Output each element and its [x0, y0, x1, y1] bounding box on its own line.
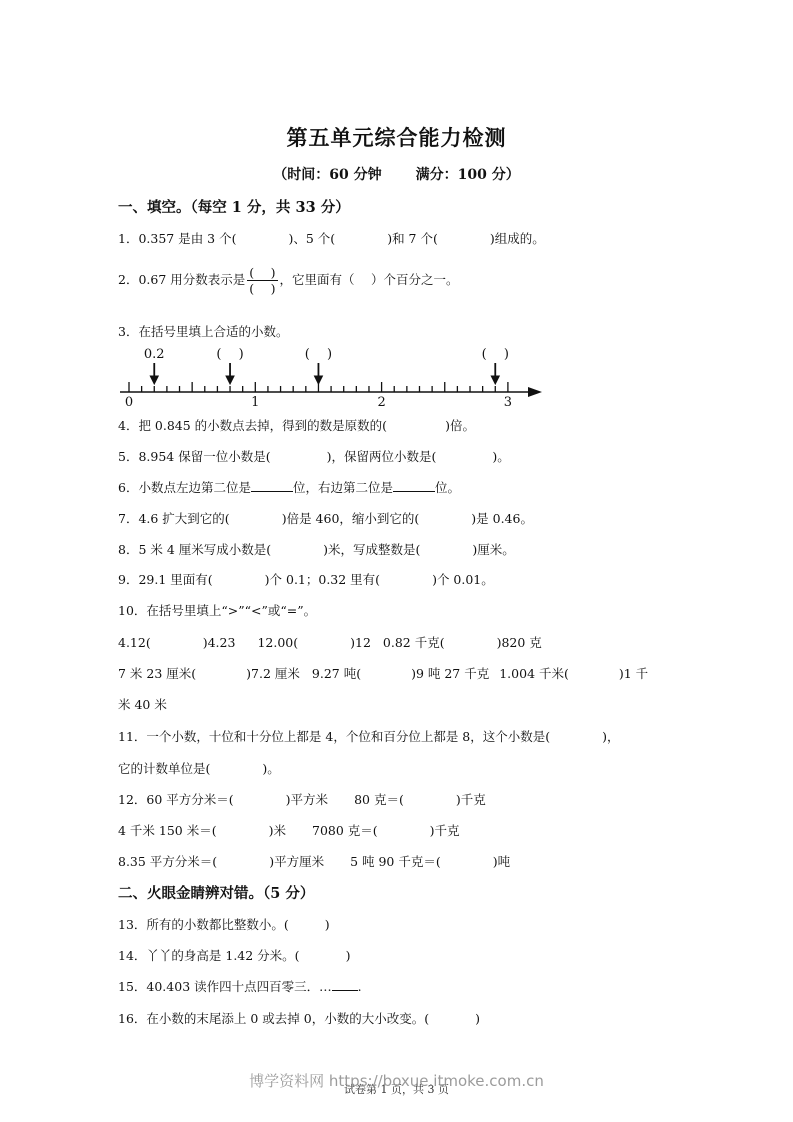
axis-arrow-icon — [528, 387, 542, 397]
question-9: 9．29.1 里面有()个 0.1；0.32 里有()个 0.01。 — [118, 570, 494, 588]
question-12-row-2: 4 千米 150 米＝()米7080 克＝()千克 — [118, 821, 460, 839]
question-12-row-1: 12．60 平方分米＝()平方米80 克＝()千克 — [118, 790, 486, 808]
time-limit: （时间：60 分钟 — [273, 167, 381, 183]
down-arrow-icon — [150, 363, 158, 384]
question-2: 2．0.67 用分数表示是( )( )，它里面有（ ）个百分之一。 — [118, 265, 458, 296]
question-10-row-3: 米 40 米 — [118, 695, 167, 713]
down-arrow-icon — [491, 363, 499, 384]
question-4: 4．把 0.845 的小数点去掉，得到的数是原数的()倍。 — [118, 416, 475, 434]
watermark: 博学资料网 https://boxue.itmoke.com.cn — [0, 1070, 793, 1091]
question-13: 13．所有的小数都比整数小。() — [118, 915, 330, 933]
section-heading-true-false: 二、火眼金睛辨对错。（5 分） — [118, 882, 314, 903]
question-8: 8．5 米 4 厘米写成小数是()米，写成整数是()厘米。 — [118, 540, 515, 558]
arrow-answer-label: 0.2 — [144, 347, 165, 362]
down-arrow-icon — [314, 363, 322, 384]
down-arrow-icon — [226, 363, 234, 384]
question-10-row-1: 4.12()4.2312.00()120.82 千克()820 克 — [118, 633, 542, 651]
answer-underline[interactable] — [332, 978, 358, 991]
page-title: 第五单元综合能力检测 — [0, 122, 793, 152]
number-line-label: 1 — [251, 395, 259, 410]
answer-underline[interactable] — [251, 479, 293, 492]
question-11: 11．一个小数，十位和十分位上都是 4，个位和百分位上都是 8，这个小数是()， — [118, 727, 620, 745]
question-15: 15．40.403 读作四十点四百零三．…. — [118, 977, 362, 995]
exam-info: （时间：60 分钟满分：100 分） — [0, 164, 793, 184]
number-line-label: 3 — [504, 395, 512, 410]
section-heading-fill-blank: 一、填空。（每空 1 分，共 33 分） — [118, 196, 350, 217]
question-5: 5．8.954 保留一位小数是()，保留两位小数是()。 — [118, 447, 510, 465]
arrow-answer-label: ( ) — [305, 347, 332, 362]
full-score: 满分：100 分） — [416, 167, 520, 183]
question-6: 6．小数点左边第二位是位，右边第二位是位。 — [118, 478, 460, 496]
question-3: 3．在括号里填上合适的小数。 — [118, 322, 288, 340]
question-16: 16．在小数的末尾添上 0 或去掉 0，小数的大小改变。() — [118, 1009, 480, 1027]
fraction-answer[interactable]: ( )( ) — [247, 265, 277, 296]
number-line-label: 2 — [377, 395, 385, 410]
question-10: 10．在括号里填上“>”“<”或“=”。 — [118, 601, 316, 619]
question-7: 7．4.6 扩大到它的()倍是 460，缩小到它的()是 0.46。 — [118, 509, 533, 527]
number-line-label: 0 — [125, 395, 133, 410]
question-10-row-2: 7 米 23 厘米()7.2 厘米9.27 吨()9 吨 27 千克1.004 … — [118, 664, 648, 682]
question-14: 14．丫丫的身高是 1.42 分米。() — [118, 946, 350, 964]
question-11-cont: 它的计数单位是()。 — [118, 759, 280, 777]
arrow-answer-label: ( ) — [482, 347, 509, 362]
arrow-answer-label: ( ) — [216, 347, 243, 362]
question-1: 1．0.357 是由 3 个()、5 个()和 7 个()组成的。 — [118, 229, 545, 247]
question-12-row-3: 8.35 平方分米＝()平方厘米5 吨 90 千克＝()吨 — [118, 852, 510, 870]
answer-underline[interactable] — [393, 479, 435, 492]
